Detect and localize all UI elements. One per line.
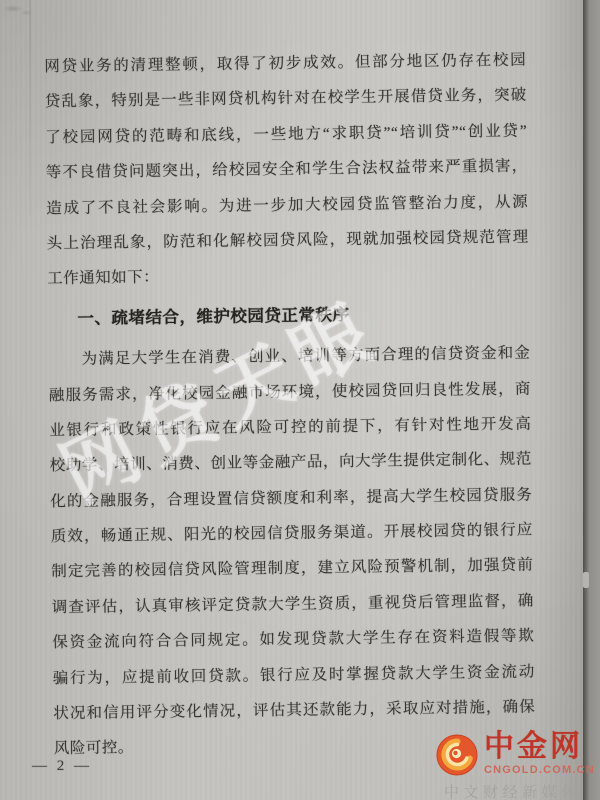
text-line: 为满足大学生在消费、创业、培训等方面合理的信贷资金和金 <box>48 336 530 378</box>
scanned-document-photo: 网贷业务的清理整顿，取得了初步成效。但部分地区仍存在校园贷乱象，特别是一些非网贷… <box>0 0 600 800</box>
text-line: 状况和信用评分变化情况，评估其还款能力，采取应对措施，确保 <box>53 690 535 732</box>
logo-text-block: 中金网 CNGOLD.COM.CN <box>484 731 596 776</box>
document-body: 网贷业务的清理整顿，取得了初步成效。但部分地区仍存在校园贷乱象，特别是一些非网贷… <box>44 43 536 767</box>
paper-fold-line <box>29 0 31 215</box>
paper-sheet: 网贷业务的清理整顿，取得了初步成效。但部分地区仍存在校园贷乱象，特别是一些非网贷… <box>0 0 584 800</box>
logo-title: 中金网 <box>484 731 596 763</box>
page-number: — 2 — <box>32 758 92 775</box>
page-edge-notch <box>583 572 589 588</box>
logo-domain: CNGOLD.COM.CN <box>484 764 596 776</box>
text-line: 等不良借贷问题突出，给校园安全和学生合法权益带来严重损害， <box>46 149 528 191</box>
cngold-logo: 中金网 CNGOLD.COM.CN 中文财经新媒体 <box>436 731 596 800</box>
cloud-swirl-icon <box>436 734 478 776</box>
paragraph-section-1: 为满足大学生在消费、创业、培训等方面合理的信贷资金和金融服务需求，净化校园金融市… <box>48 336 536 767</box>
text-line: 工作通知如下： <box>47 255 529 297</box>
text-line: 头上治理乱象，防范和化解校园贷风险，现就加强校园贷规范管理 <box>46 220 528 262</box>
logo-tagline: 中文财经新媒体 <box>444 781 596 800</box>
page-edge-shadow <box>583 0 600 800</box>
paragraph-continued: 网贷业务的清理整顿，取得了初步成效。但部分地区仍存在校园贷乱象，特别是一些非网贷… <box>44 43 529 297</box>
section-heading: 一、疏堵结合，维护校园贷正常秩序 <box>48 295 530 337</box>
